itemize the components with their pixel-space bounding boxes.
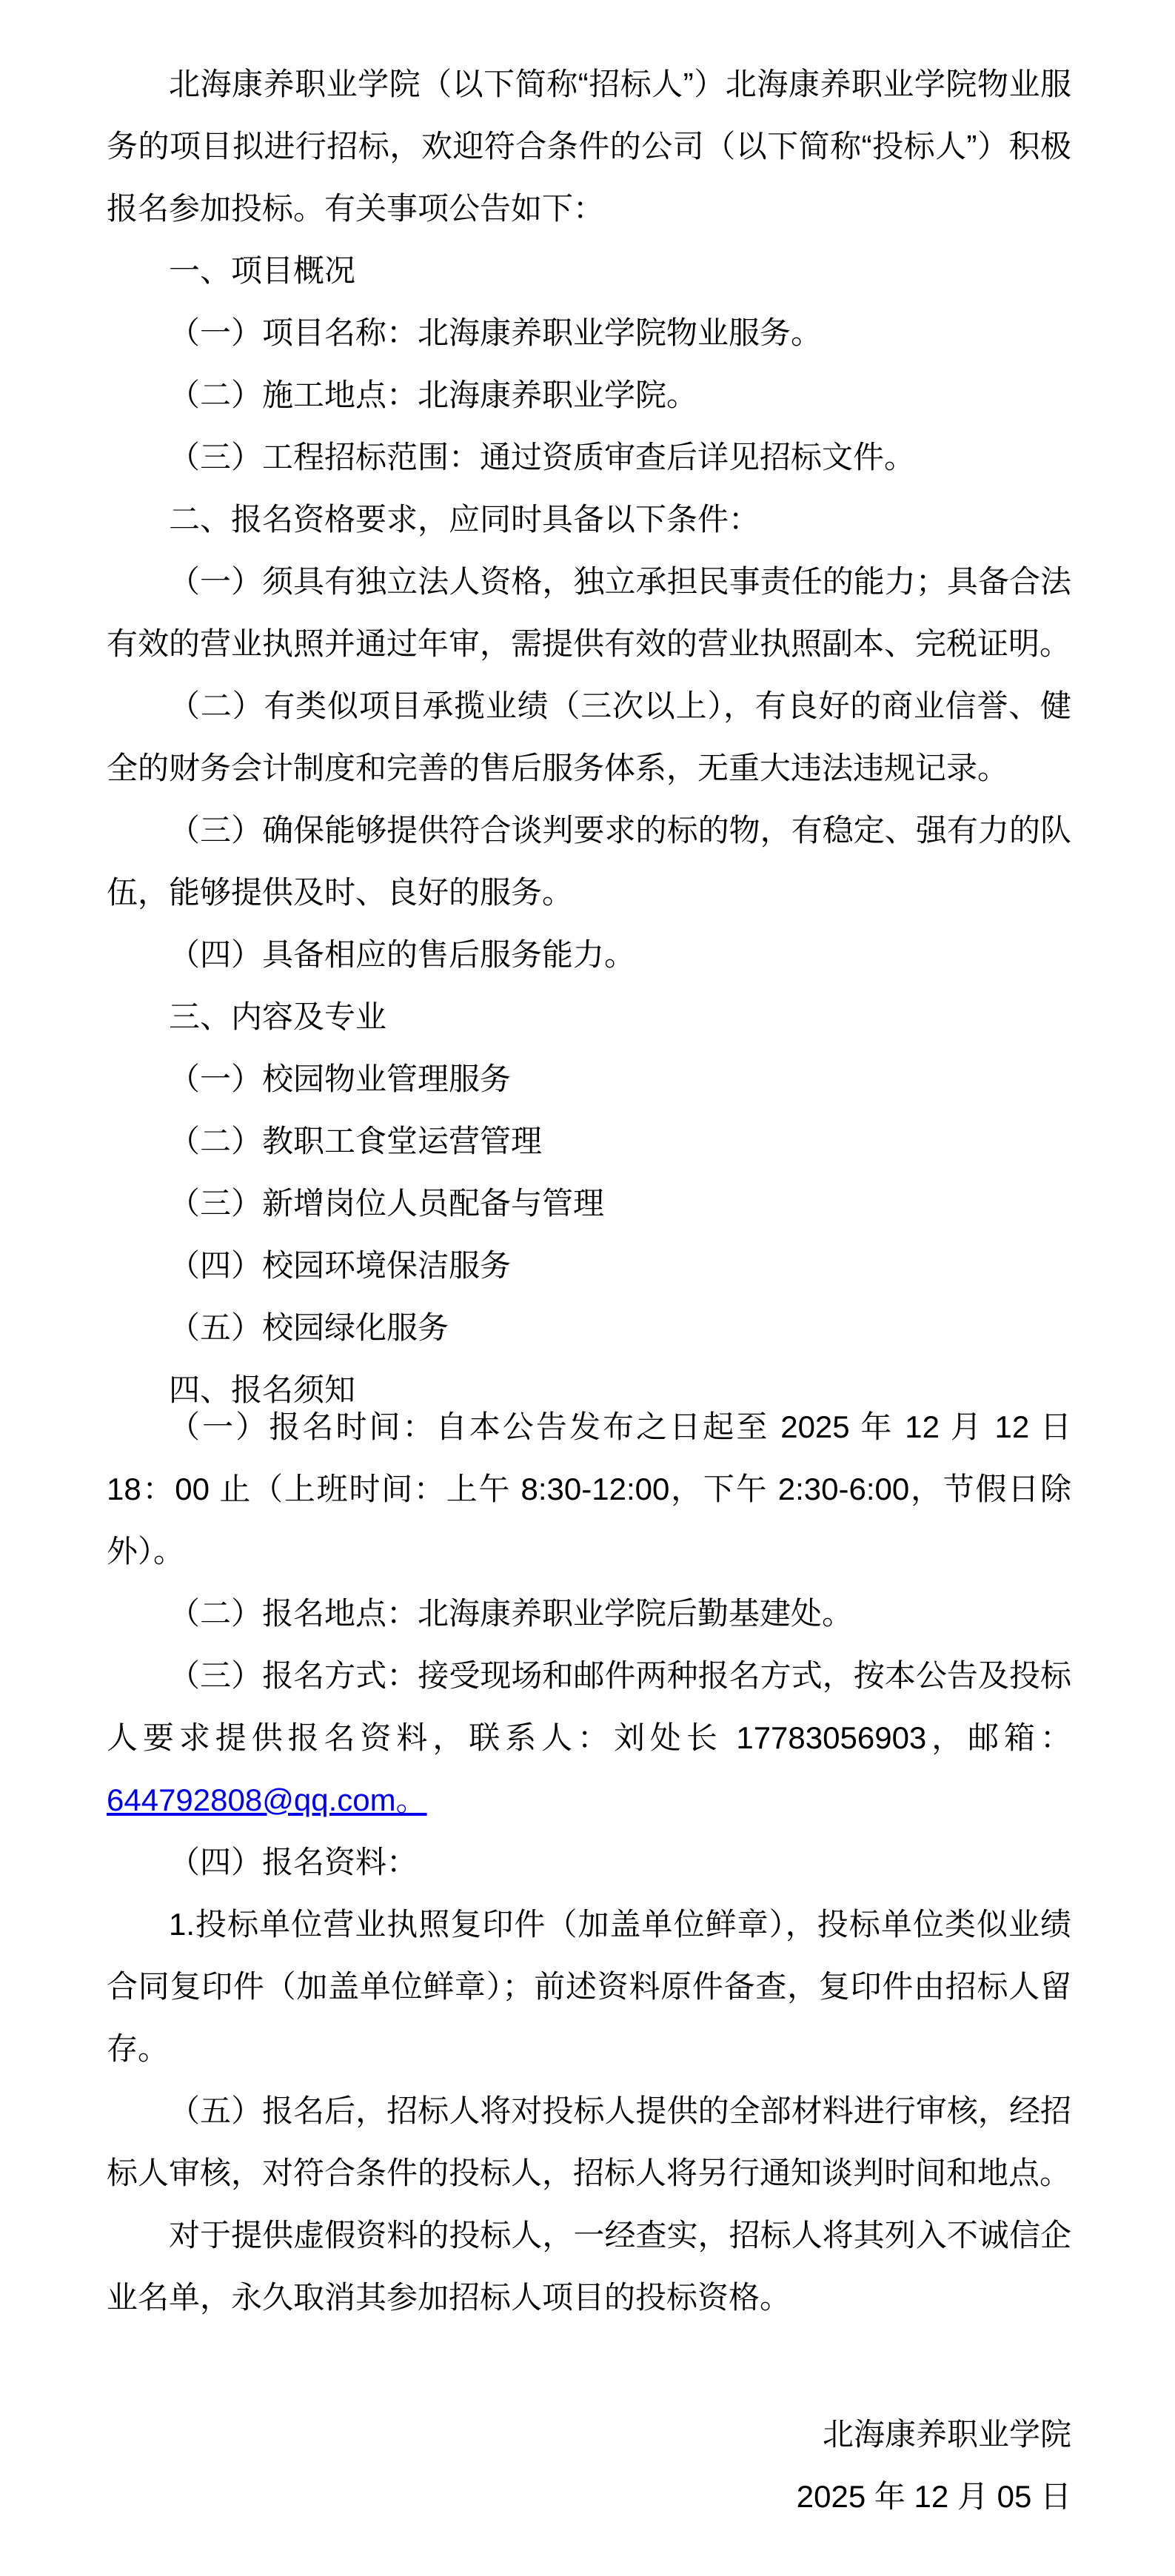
registration-method-item: （三）报名方式：接受现场和邮件两种报名方式，按本公告及投标人要求提供报名资料，联… <box>107 1645 1071 1831</box>
content-item-5: （五）校园绿化服务 <box>107 1297 1071 1359</box>
section-3-title: 三、内容及专业 <box>107 986 1071 1048</box>
project-name-item: （一）项目名称：北海康养职业学院物业服务。 <box>107 302 1071 364</box>
date-line: 2025 年 12 月 05 日 <box>107 2466 1071 2528</box>
qualification-item-2: （二）有类似项目承揽业绩（三次以上），有良好的商业信誉、健全的财务会计制度和完善… <box>107 675 1071 799</box>
content-item-2: （二）教职工食堂运营管理 <box>107 1110 1071 1173</box>
tender-scope-item: （三）工程招标范围：通过资质审查后详见招标文件。 <box>107 426 1071 489</box>
registration-place-item: （二）报名地点：北海康养职业学院后勤基建处。 <box>107 1583 1071 1645</box>
review-notice-item: （五）报名后，招标人将对投标人提供的全部材料进行审核，经招标人审核，对符合条件的… <box>107 2080 1071 2204</box>
materials-detail-paragraph: 1.投标单位营业执照复印件（加盖单位鲜章），投标单位类似业绩合同复印件（加盖单位… <box>107 1894 1071 2080</box>
content-item-3: （三）新增岗位人员配备与管理 <box>107 1173 1071 1235</box>
qualification-item-3: （三）确保能够提供符合谈判要求的标的物，有稳定、强有力的队伍，能够提供及时、良好… <box>107 799 1071 924</box>
section-1-title: 一、项目概况 <box>107 240 1071 302</box>
content-item-1: （一）校园物业管理服务 <box>107 1048 1071 1110</box>
intro-paragraph: 北海康养职业学院（以下简称“招标人”）北海康养职业学院物业服务的项目拟进行招标，… <box>107 53 1071 240</box>
email-link[interactable]: 644792808@qq.com。 <box>107 1782 427 1817</box>
signature-line: 北海康养职业学院 <box>107 2404 1071 2466</box>
section-2-title: 二、报名资格要求，应同时具备以下条件： <box>107 489 1071 551</box>
registration-time-item: （一）报名时间：自本公告发布之日起至 2025 年 12 月 12 日 18：0… <box>107 1396 1071 1583</box>
qualification-item-4: （四）具备相应的售后服务能力。 <box>107 924 1071 986</box>
registration-method-text: （三）报名方式：接受现场和邮件两种报名方式，按本公告及投标人要求提供报名资料，联… <box>107 1658 1071 1755</box>
qualification-item-1: （一）须具有独立法人资格，独立承担民事责任的能力；具备合法有效的营业执照并通过年… <box>107 551 1071 675</box>
integrity-warning-paragraph: 对于提供虚假资料的投标人，一经查实，招标人将其列入不诚信企业名单，永久取消其参加… <box>107 2204 1071 2329</box>
content-item-4: （四）校园环境保洁服务 <box>107 1235 1071 1297</box>
tender-announcement-document: 北海康养职业学院（以下简称“招标人”）北海康养职业学院物业服务的项目拟进行招标，… <box>0 0 1175 2576</box>
registration-materials-item: （四）报名资料： <box>107 1831 1071 1894</box>
construction-site-item: （二）施工地点：北海康养职业学院。 <box>107 364 1071 426</box>
